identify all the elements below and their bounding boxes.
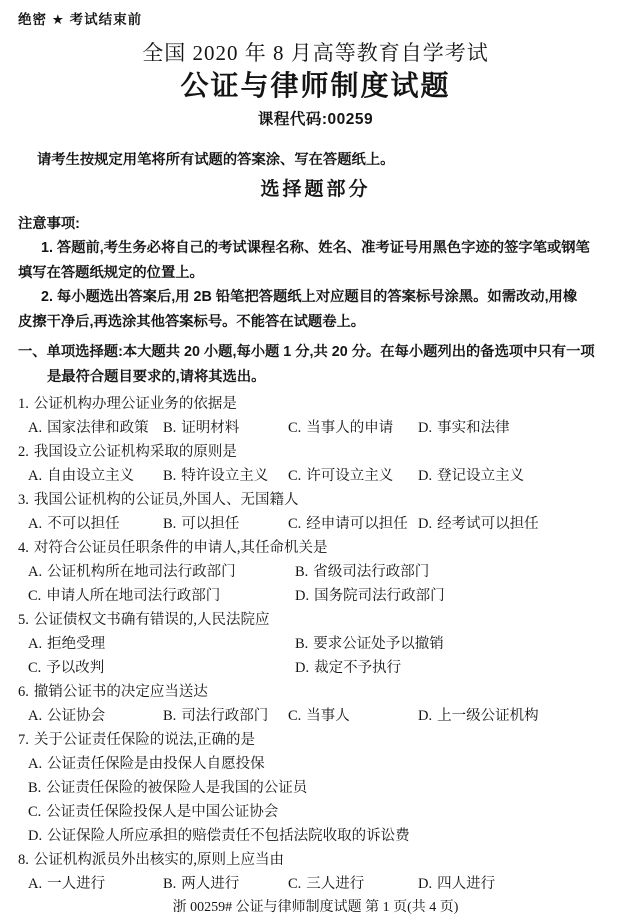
option-text: 两人进行 [181,876,239,892]
question-stem: 8.公证机构派员外出核实的,原则上应当由 [18,848,613,872]
question-stem: 1.公证机构办理公证业务的依据是 [18,392,613,416]
exam-session-title: 全国 2020 年 8 月高等教育自学考试 [18,37,613,67]
option-label: B. [28,780,41,796]
question-stem-text: 对符合公证员任职条件的申请人,其任命机关是 [34,540,328,556]
question-6: 6.撤销公证书的决定应当送达 A.公证协会 B.司法行政部门 C.当事人 D.上… [18,680,613,728]
question-stem: 5.公证债权文书确有错误的,人民法院应 [18,608,613,632]
question-7: 7.关于公证责任保险的说法,正确的是 A.公证责任保险是由投保人自愿投保 B.公… [18,728,613,848]
option-label: A. [28,636,42,652]
option-text: 公证协会 [47,708,105,724]
question-stem-text: 公证机构派员外出核实的,原则上应当由 [34,852,284,868]
options-row: B.公证责任保险的被保险人是我国的公证员 [18,776,613,800]
notice-heading: 注意事项: [18,212,613,236]
options-row: C.予以改判 D.裁定不予执行 [18,656,613,680]
option-text: 公证责任保险投保人是中国公证协会 [46,804,278,820]
answer-sheet-instruction: 请考生按规定用笔将所有试题的答案涂、写在答题纸上。 [18,149,613,169]
option-text: 登记设立主义 [437,468,524,484]
notice-item-2-line-1: 2. 每小题选出答案后,用 2B 铅笔把答题纸上对应题目的答案标号涂黑。如需改动… [18,285,613,310]
option-d: D.经考试可以担任 [418,512,539,536]
question-stem-text: 我国公证机构的公证员,外国人、无国籍人 [34,492,299,508]
option-label: B. [163,468,176,484]
question-number: 7. [18,732,29,748]
option-text: 国务院司法行政部门 [314,588,445,604]
option-label: B. [163,516,176,532]
option-text: 自由设立主义 [47,468,134,484]
options-row: A.一人进行 B.两人进行 C.三人进行 D.四人进行 [18,872,613,896]
options-row: D.公证保险人所应承担的赔偿责任不包括法院收取的诉讼费 [18,824,613,848]
options-row: A.拒绝受理 B.要求公证处予以撤销 [18,632,613,656]
option-c: C.三人进行 [288,872,364,896]
option-c: C.当事人 [288,704,350,728]
option-text: 裁定不予执行 [314,660,401,676]
option-a: A.不可以担任 [28,512,120,536]
option-b: B.省级司法行政部门 [295,560,429,584]
question-8: 8.公证机构派员外出核实的,原则上应当由 A.一人进行 B.两人进行 C.三人进… [18,848,613,896]
option-b: B.可以担任 [163,512,239,536]
option-label: C. [28,660,41,676]
option-label: A. [28,420,42,436]
question-number: 8. [18,852,29,868]
option-a: A.公证责任保险是由投保人自愿投保 [28,752,265,776]
option-a: A.一人进行 [28,872,105,896]
option-label: D. [418,516,432,532]
option-label: D. [418,468,432,484]
option-text: 予以改判 [46,660,104,676]
option-c: C.当事人的申请 [288,416,393,440]
course-code: 课程代码:00259 [18,107,613,129]
option-label: A. [28,564,42,580]
question-number: 4. [18,540,29,556]
option-text: 特许设立主义 [181,468,268,484]
option-text: 申请人所在地司法行政部门 [46,588,220,604]
option-b: B.要求公证处予以撤销 [295,632,444,656]
option-text: 司法行政部门 [181,708,268,724]
part-one-heading-line-1: 一、单项选择题:本大题共 20 小题,每小题 1 分,共 20 分。在每小题列出… [18,340,613,365]
option-c: C.许可设立主义 [288,464,393,488]
options-row: A.自由设立主义 B.特许设立主义 C.许可设立主义 D.登记设立主义 [18,464,613,488]
part-one-heading-line-2: 是最符合题目要求的,请将其选出。 [18,365,613,390]
option-d: D.四人进行 [418,872,495,896]
option-label: B. [163,876,176,892]
notice-item-2-line-2: 皮擦干净后,再选涂其他答案标号。不能答在试题卷上。 [18,310,613,335]
option-text: 当事人的申请 [306,420,393,436]
options-row: C.申请人所在地司法行政部门 D.国务院司法行政部门 [18,584,613,608]
option-text: 公证机构所在地司法行政部门 [47,564,236,580]
option-text: 当事人 [306,708,350,724]
option-text: 国家法律和政策 [47,420,149,436]
option-d: D.登记设立主义 [418,464,524,488]
option-label: B. [163,708,176,724]
option-text: 要求公证处予以撤销 [313,636,444,652]
option-text: 事实和法律 [437,420,510,436]
option-text: 四人进行 [437,876,495,892]
option-label: C. [28,588,41,604]
paper-title: 公证与律师制度试题 [18,69,613,103]
option-label: B. [295,564,308,580]
question-number: 1. [18,396,29,412]
option-label: B. [295,636,308,652]
option-label: D. [28,828,42,844]
options-row: A.公证协会 B.司法行政部门 C.当事人 D.上一级公证机构 [18,704,613,728]
notice-item-1-line-2: 填写在答题纸规定的位置上。 [18,261,613,286]
option-b: B.两人进行 [163,872,239,896]
option-text: 拒绝受理 [47,636,105,652]
question-stem-text: 公证债权文书确有错误的,人民法院应 [34,612,270,628]
question-stem: 3.我国公证机构的公证员,外国人、无国籍人 [18,488,613,512]
page-footer: 浙 00259# 公证与律师制度试题 第 1 页(共 4 页) [18,898,613,918]
options-row: A.国家法律和政策 B.证明材料 C.当事人的申请 D.事实和法律 [18,416,613,440]
question-stem-text: 撤销公证书的决定应当送达 [34,684,208,700]
question-3: 3.我国公证机构的公证员,外国人、无国籍人 A.不可以担任 B.可以担任 C.经… [18,488,613,536]
question-number: 3. [18,492,29,508]
option-text: 三人进行 [306,876,364,892]
options-row: A.公证责任保险是由投保人自愿投保 [18,752,613,776]
option-d: D.公证保险人所应承担的赔偿责任不包括法院收取的诉讼费 [28,824,410,848]
option-text: 证明材料 [181,420,239,436]
option-text: 公证责任保险是由投保人自愿投保 [47,756,265,772]
option-text: 公证保险人所应承担的赔偿责任不包括法院收取的诉讼费 [47,828,410,844]
option-text: 一人进行 [47,876,105,892]
option-text: 经考试可以担任 [437,516,539,532]
option-text: 许可设立主义 [306,468,393,484]
question-number: 5. [18,612,29,628]
question-5: 5.公证债权文书确有错误的,人民法院应 A.拒绝受理 B.要求公证处予以撤销 C… [18,608,613,680]
option-text: 省级司法行政部门 [313,564,429,580]
option-a: A.拒绝受理 [28,632,105,656]
option-a: A.公证机构所在地司法行政部门 [28,560,236,584]
options-row: A.公证机构所在地司法行政部门 B.省级司法行政部门 [18,560,613,584]
question-stem-text: 我国设立公证机构采取的原则是 [34,444,237,460]
option-text: 可以担任 [181,516,239,532]
question-2: 2.我国设立公证机构采取的原则是 A.自由设立主义 B.特许设立主义 C.许可设… [18,440,613,488]
option-c: C.申请人所在地司法行政部门 [28,584,220,608]
option-b: B.公证责任保险的被保险人是我国的公证员 [28,776,307,800]
option-a: A.公证协会 [28,704,105,728]
option-d: D.上一级公证机构 [418,704,539,728]
option-label: A. [28,756,42,772]
option-label: C. [288,420,301,436]
option-label: D. [418,876,432,892]
exam-paper-page: 绝密 ★ 考试结束前 全国 2020 年 8 月高等教育自学考试 公证与律师制度… [0,0,631,923]
option-d: D.裁定不予执行 [295,656,401,680]
option-label: D. [418,420,432,436]
option-label: C. [288,876,301,892]
question-number: 2. [18,444,29,460]
option-text: 经申请可以担任 [306,516,408,532]
question-list: 1.公证机构办理公证业务的依据是 A.国家法律和政策 B.证明材料 C.当事人的… [18,392,613,896]
question-stem: 4.对符合公证员任职条件的申请人,其任命机关是 [18,536,613,560]
option-a: A.自由设立主义 [28,464,134,488]
question-1: 1.公证机构办理公证业务的依据是 A.国家法律和政策 B.证明材料 C.当事人的… [18,392,613,440]
option-label: C. [288,468,301,484]
question-stem: 6.撤销公证书的决定应当送达 [18,680,613,704]
option-text: 不可以担任 [47,516,120,532]
option-label: D. [295,588,309,604]
option-label: D. [295,660,309,676]
options-row: C.公证责任保险投保人是中国公证协会 [18,800,613,824]
option-b: B.司法行政部门 [163,704,268,728]
option-label: C. [288,708,301,724]
option-label: A. [28,876,42,892]
option-d: D.事实和法律 [418,416,510,440]
section-heading: 选择题部分 [18,177,613,202]
options-row: A.不可以担任 B.可以担任 C.经申请可以担任 D.经考试可以担任 [18,512,613,536]
security-classification-label: 绝密 ★ 考试结束前 [18,8,613,28]
question-stem-text: 关于公证责任保险的说法,正确的是 [34,732,255,748]
option-label: A. [28,516,42,532]
question-number: 6. [18,684,29,700]
option-text: 上一级公证机构 [437,708,539,724]
option-label: D. [418,708,432,724]
option-b: B.证明材料 [163,416,239,440]
option-label: C. [288,516,301,532]
option-label: C. [28,804,41,820]
option-a: A.国家法律和政策 [28,416,149,440]
option-text: 公证责任保险的被保险人是我国的公证员 [46,780,307,796]
option-label: A. [28,708,42,724]
part-one-heading: 一、单项选择题:本大题共 20 小题,每小题 1 分,共 20 分。在每小题列出… [18,340,613,389]
option-c: C.经申请可以担任 [288,512,408,536]
question-stem: 2.我国设立公证机构采取的原则是 [18,440,613,464]
question-4: 4.对符合公证员任职条件的申请人,其任命机关是 A.公证机构所在地司法行政部门 … [18,536,613,608]
option-b: B.特许设立主义 [163,464,268,488]
option-label: A. [28,468,42,484]
option-label: B. [163,420,176,436]
notice-item-1-line-1: 1. 答题前,考生务必将自己的考试课程名称、姓名、准考证号用黑色字迹的签字笔或钢… [18,236,613,261]
option-d: D.国务院司法行政部门 [295,584,445,608]
question-stem: 7.关于公证责任保险的说法,正确的是 [18,728,613,752]
option-c: C.公证责任保险投保人是中国公证协会 [28,800,278,824]
question-stem-text: 公证机构办理公证业务的依据是 [34,396,237,412]
option-c: C.予以改判 [28,656,104,680]
